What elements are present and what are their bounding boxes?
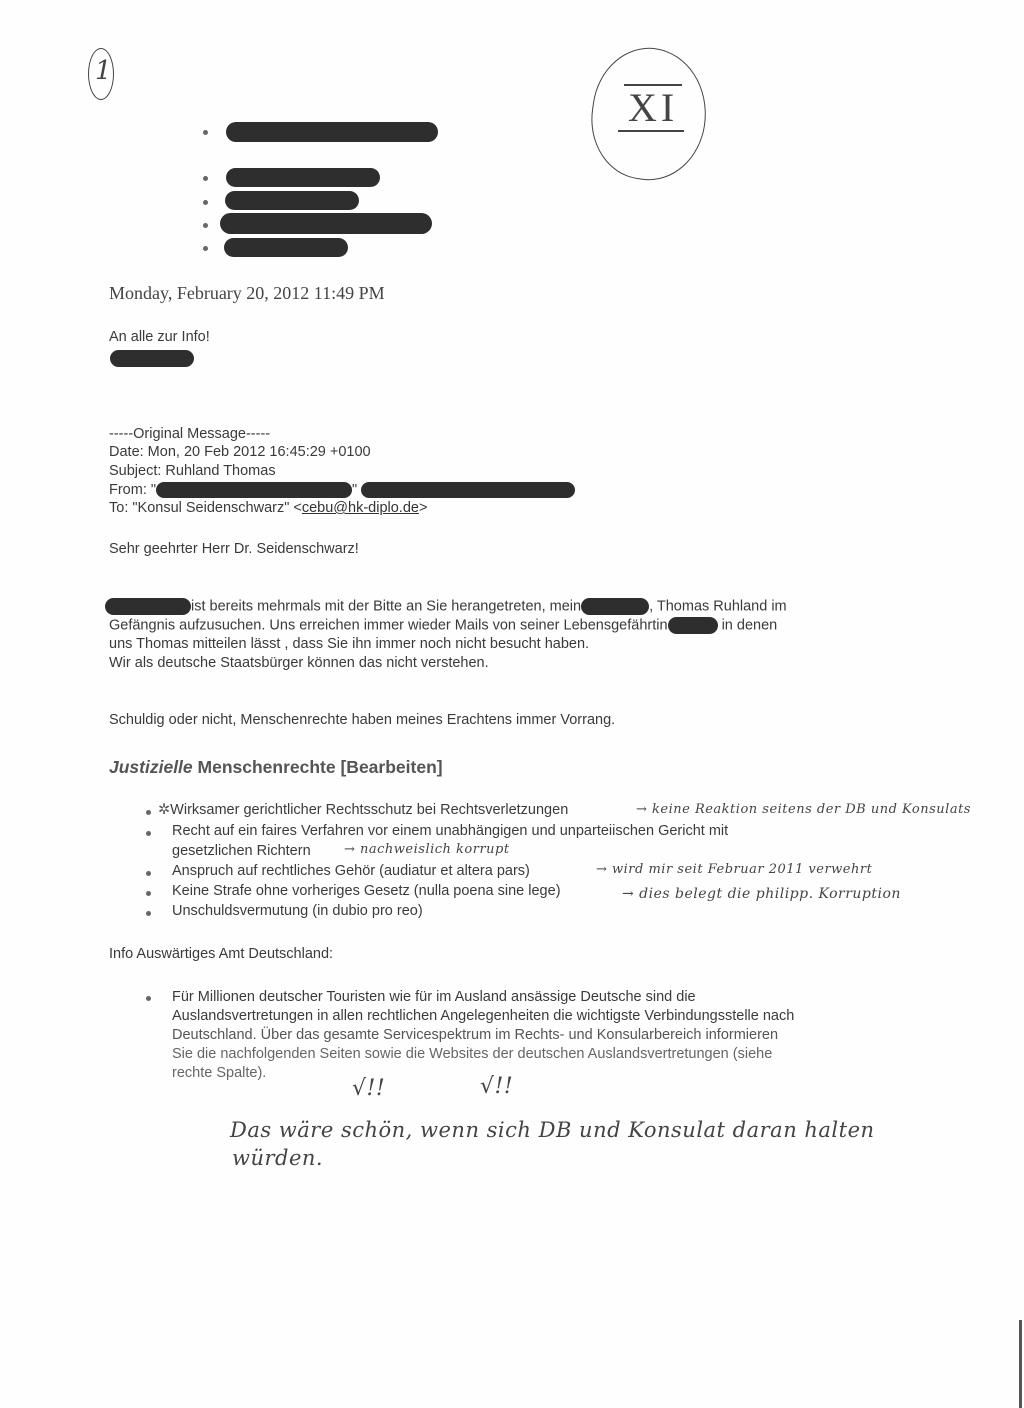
to-email-link[interactable]: cebu@hk-diplo.de xyxy=(302,500,419,516)
page-number: 1 xyxy=(95,56,112,86)
original-to: To: "Konsul Seidenschwarz" <cebu@hk-dipl… xyxy=(109,500,427,516)
to-suffix: > xyxy=(419,500,427,516)
body-line: ist bereits mehrmals mit der Bitte an Si… xyxy=(105,598,787,615)
section-heading: Justizielle Menschenrechte [Bearbeiten] xyxy=(109,757,443,778)
intro-text: An alle zur Info! xyxy=(109,329,210,345)
rights-item: Recht auf ein faires Verfahren vor einem… xyxy=(172,823,728,839)
bullet xyxy=(203,246,208,251)
rights-item-continued: gesetzlichen Richtern xyxy=(172,843,311,859)
handwritten-note: → wird mir seit Februar 2011 verwehrt xyxy=(596,862,872,877)
redaction-bar xyxy=(226,168,380,187)
check-mark: √!! xyxy=(480,1074,513,1099)
info-line: Auslandsvertretungen in allen rechtliche… xyxy=(172,1008,794,1024)
original-from: From: "" xyxy=(109,482,575,498)
from-email-redaction xyxy=(361,482,575,498)
bullet xyxy=(146,911,151,916)
info-line: rechte Spalte). xyxy=(172,1065,266,1081)
body-line: Wir als deutsche Staatsbürger können das… xyxy=(109,655,489,671)
handwritten-note: → dies belegt die philipp. Korruption xyxy=(622,886,901,902)
circled-mark: XI xyxy=(628,84,678,131)
info-line: Deutschland. Über das gesamte Servicespe… xyxy=(172,1027,778,1043)
from-name-redaction xyxy=(156,482,352,498)
body-text: Gefängnis aufzusuchen. Uns erreichen imm… xyxy=(109,617,668,633)
bullet xyxy=(203,223,208,228)
body-line: Gefängnis aufzusuchen. Uns erreichen imm… xyxy=(109,617,777,634)
body-text: , Thomas Ruhland im xyxy=(649,598,787,614)
handwritten-comment-continued: würden. xyxy=(232,1146,323,1170)
signature-redaction xyxy=(110,350,194,367)
body-text: ist bereits mehrmals mit der Bitte an Si… xyxy=(191,598,581,614)
body-text: in denen xyxy=(718,617,778,633)
check-mark: √!! xyxy=(352,1076,385,1101)
sender-redaction xyxy=(105,598,191,615)
original-message-separator: -----Original Message----- xyxy=(109,426,270,442)
info-line: Sie die nachfolgenden Seiten sowie die W… xyxy=(172,1046,772,1062)
asterisk-mark: ✲ xyxy=(158,802,170,818)
info-line: Für Millionen deutscher Touristen wie fü… xyxy=(172,989,696,1005)
bullet xyxy=(146,996,151,1001)
message-date-header: Monday, February 20, 2012 11:49 PM xyxy=(109,283,385,304)
rights-item: ✲Wirksamer gerichtlicher Rechtsschutz be… xyxy=(158,802,568,818)
redaction-bar xyxy=(225,191,359,210)
bullet xyxy=(146,891,151,896)
info-heading: Info Auswärtiges Amt Deutschland: xyxy=(109,946,333,962)
bullet xyxy=(203,176,208,181)
bullet xyxy=(203,200,208,205)
original-date: Date: Mon, 20 Feb 2012 16:45:29 +0100 xyxy=(109,444,371,460)
redaction-bar xyxy=(224,238,348,257)
section-heading-italic: Justizielle xyxy=(109,757,193,777)
handwritten-note: → nachweislich korrupt xyxy=(344,842,510,857)
bullet xyxy=(146,871,151,876)
section-heading-rest: Menschenrechte [Bearbeiten] xyxy=(193,757,443,777)
body-line: uns Thomas mitteilen lässt , dass Sie ih… xyxy=(109,636,589,652)
redaction-bar xyxy=(220,213,432,234)
greeting: Sehr geehrter Herr Dr. Seidenschwarz! xyxy=(109,541,359,557)
redaction-bar xyxy=(226,122,438,142)
scan-edge-line xyxy=(1019,1320,1022,1408)
rights-item: Anspruch auf rechtliches Gehör (audiatur… xyxy=(172,863,530,879)
original-subject: Subject: Ruhland Thomas xyxy=(109,463,276,479)
rights-item: Keine Strafe ohne vorheriges Gesetz (nul… xyxy=(172,883,561,899)
bullet xyxy=(203,130,208,135)
rights-item-text: Wirksamer gerichtlicher Rechtsschutz bei… xyxy=(170,802,568,818)
bullet xyxy=(146,831,151,836)
handwritten-comment: Das wäre schön, wenn sich DB und Konsula… xyxy=(230,1118,875,1142)
handwritten-note: → keine Reaktion seitens der DB und Kons… xyxy=(636,802,971,817)
to-prefix: To: "Konsul Seidenschwarz" < xyxy=(109,500,302,516)
from-label: From: " xyxy=(109,482,156,498)
from-quote: " xyxy=(352,482,357,498)
bullet xyxy=(146,810,151,815)
partner-redaction xyxy=(668,617,718,634)
body-line: Schuldig oder nicht, Menschenrechte habe… xyxy=(109,712,615,728)
relation-redaction xyxy=(581,598,649,615)
rights-item: Unschuldsvermutung (in dubio pro reo) xyxy=(172,903,423,919)
